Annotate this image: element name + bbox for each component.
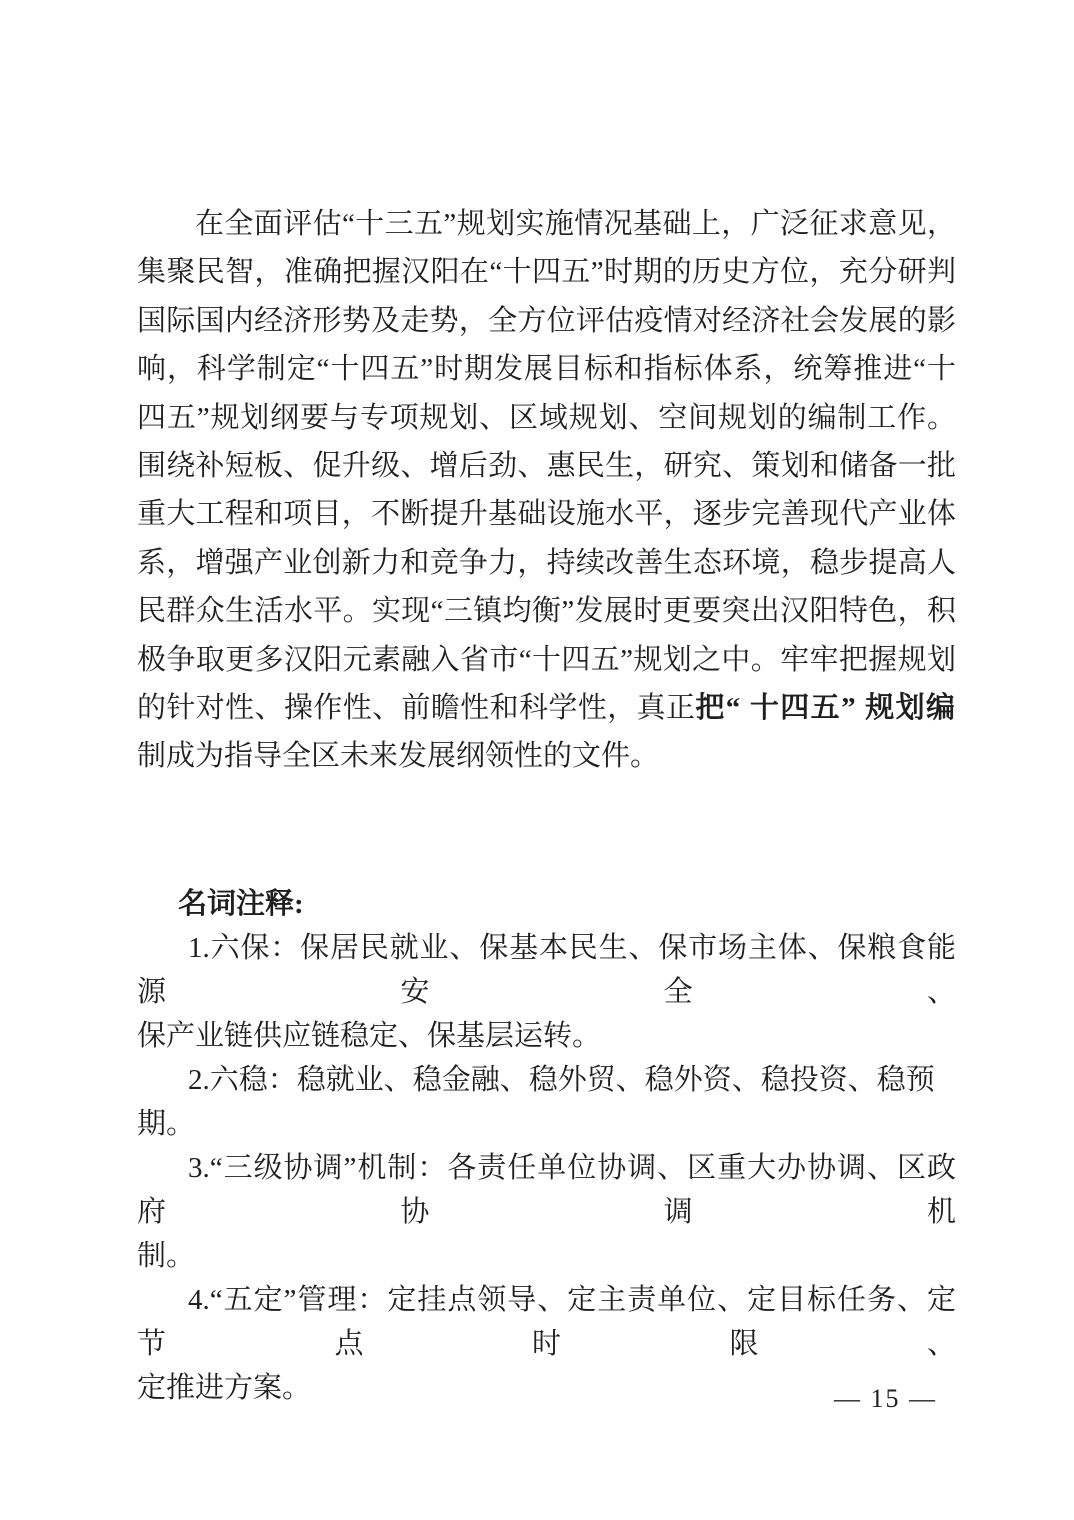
bold-text-segment: 把“ 十四五” 规划编 <box>695 692 956 724</box>
text-line: 3.“三级协调”机制：各责任单位协调、区重大办协调、区政府协调机 <box>137 1146 956 1234</box>
glossary-heading: 名词注释: <box>137 882 956 926</box>
text-segment: 制成为指导全区未来发展纲领性的文件。 <box>137 740 659 772</box>
text-segment: 响，科学制定“十四五”时期发展目标和指标体系，统筹推进“十 <box>137 353 956 385</box>
text-line: 四五”规划纲要与专项规划、区域规划、空间规划的编制工作。 <box>137 394 956 442</box>
text-segment: 4.“五定”管理：定挂点领导、定主责单位、定目标任务、定节点时限、 <box>137 1284 956 1360</box>
text-segment: 制。 <box>137 1240 195 1272</box>
text-line: 国际国内经济形势及走势，全方位评估疫情对经济社会发展的影 <box>137 297 956 345</box>
text-segment: 的针对性、操作性、前瞻性和科学性，真正 <box>137 692 695 724</box>
text-segment: 2.六稳：稳就业、稳金融、稳外贸、稳外资、稳投资、稳预期。 <box>137 1064 935 1140</box>
text-line: 围绕补短板、促升级、增后劲、惠民生，研究、策划和储备一批 <box>137 442 956 490</box>
text-line: 极争取更多汉阳元素融入省市“十四五”规划之中。牢牢把握规划 <box>137 636 956 684</box>
text-segment: 民群众生活水平。实现“三镇均衡”发展时更要突出汉阳特色，积 <box>137 595 956 627</box>
text-segment: 3.“三级协调”机制：各责任单位协调、区重大办协调、区政府协调机 <box>137 1152 956 1228</box>
text-line: 的针对性、操作性、前瞻性和科学性，真正把“ 十四五” 规划编 <box>137 684 956 732</box>
text-line: 4.“五定”管理：定挂点领导、定主责单位、定目标任务、定节点时限、 <box>137 1278 956 1366</box>
text-line: 制。 <box>137 1234 956 1278</box>
document-page: 在全面评估“十三五”规划实施情况基础上，广泛征求意见，集聚民智，准确把握汉阳在“… <box>0 0 1074 1520</box>
text-segment: 系，增强产业创新力和竞争力，持续改善生态环境，稳步提高人 <box>137 547 956 579</box>
text-segment: 围绕补短板、促升级、增后劲、惠民生，研究、策划和储备一批 <box>137 450 956 482</box>
text-line: 集聚民智，准确把握汉阳在“十四五”时期的历史方位，充分研判 <box>137 248 956 296</box>
page-content: 在全面评估“十三五”规划实施情况基础上，广泛征求意见，集聚民智，准确把握汉阳在“… <box>137 200 956 1410</box>
glossary-section: 名词注释: 1.六保：保居民就业、保基本民生、保市场主体、保粮食能源安全、保产业… <box>137 882 956 1410</box>
text-segment: 集聚民智，准确把握汉阳在“十四五”时期的历史方位，充分研判 <box>137 256 956 288</box>
body-paragraph: 在全面评估“十三五”规划实施情况基础上，广泛征求意见，集聚民智，准确把握汉阳在“… <box>137 200 956 781</box>
text-line: 在全面评估“十三五”规划实施情况基础上，广泛征求意见， <box>137 200 956 248</box>
text-line: 保产业链供应链稳定、保基层运转。 <box>137 1014 956 1058</box>
text-segment: 极争取更多汉阳元素融入省市“十四五”规划之中。牢牢把握规划 <box>137 644 956 676</box>
text-line: 响，科学制定“十四五”时期发展目标和指标体系，统筹推进“十 <box>137 345 956 393</box>
text-line: 民群众生活水平。实现“三镇均衡”发展时更要突出汉阳特色，积 <box>137 587 956 635</box>
text-segment: 1.六保：保居民就业、保基本民生、保市场主体、保粮食能源安全、 <box>137 932 956 1008</box>
text-line: 系，增强产业创新力和竞争力，持续改善生态环境，稳步提高人 <box>137 539 956 587</box>
text-segment: 国际国内经济形势及走势，全方位评估疫情对经济社会发展的影 <box>137 305 956 337</box>
glossary-lines: 1.六保：保居民就业、保基本民生、保市场主体、保粮食能源安全、保产业链供应链稳定… <box>137 926 956 1410</box>
text-line: 制成为指导全区未来发展纲领性的文件。 <box>137 732 956 780</box>
text-line: 1.六保：保居民就业、保基本民生、保市场主体、保粮食能源安全、 <box>137 926 956 1014</box>
text-segment: 定推进方案。 <box>137 1372 311 1404</box>
text-segment: 在全面评估“十三五”规划实施情况基础上，广泛征求意见， <box>195 208 956 240</box>
text-segment: 保产业链供应链稳定、保基层运转。 <box>137 1020 601 1052</box>
text-segment: 重大工程和项目，不断提升基础设施水平，逐步完善现代产业体 <box>137 498 956 530</box>
text-line: 重大工程和项目，不断提升基础设施水平，逐步完善现代产业体 <box>137 490 956 538</box>
text-segment: 四五”规划纲要与专项规划、区域规划、空间规划的编制工作。 <box>137 402 956 434</box>
text-line: 2.六稳：稳就业、稳金融、稳外贸、稳外资、稳投资、稳预期。 <box>137 1058 956 1146</box>
page-number: — 15 — <box>834 1384 937 1414</box>
